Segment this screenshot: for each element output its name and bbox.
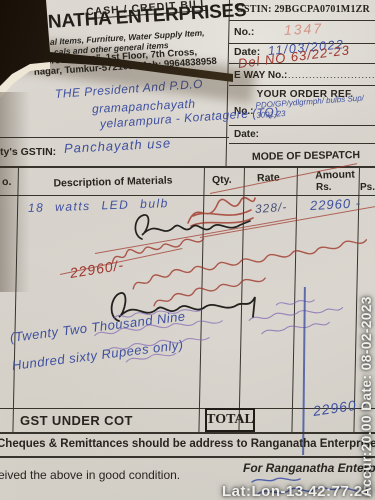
col-header-rs: Rs. <box>316 182 332 193</box>
bill-photo: GSTIN: 29BGCPA0701M1ZR No.: 1347 Date: 1… <box>0 0 375 500</box>
bill-no-value: 1347 <box>284 20 324 38</box>
seller-gstin: GSTIN: 29BGCPA0701M1ZR <box>236 4 370 15</box>
gst-under-cot-label: GST UNDER COT <box>20 413 133 428</box>
order-date-label: Date: <box>234 129 259 140</box>
total-label: TOTAL <box>206 412 254 428</box>
footer-rule <box>0 456 375 458</box>
gps-watermark-side: Accur:20.00 Date: 08-02-2023 <box>359 252 374 497</box>
cheques-note: Cheques & Remittances should be address … <box>0 438 375 450</box>
cheques-note-company: Ranganatha Enterprises <box>251 438 375 450</box>
received-note: eived the above in good condition. <box>0 468 180 482</box>
president-stamp-icon <box>242 293 349 340</box>
total-label-cell: TOTAL <box>205 408 255 432</box>
left-edge-shade <box>0 92 30 292</box>
total-row-bottom-rule <box>0 432 375 434</box>
cheques-note-text: Cheques & Remittances should be address … <box>0 438 251 450</box>
col-header-qty: Qty. <box>212 174 232 187</box>
col-header-ps: Ps. <box>360 182 375 193</box>
rule <box>229 143 375 144</box>
bill-no-label: No.: <box>234 26 254 38</box>
eway-dotted-line: ...................................... <box>288 70 374 80</box>
table-top-rule <box>0 166 375 168</box>
gps-watermark-bottom: Lat:Lon-13.42:77.25 ** <box>222 483 375 500</box>
for-company-label: For Ranganatha Enterpr <box>243 461 375 475</box>
col-header-amount: Amount <box>300 168 370 182</box>
mode-of-despatch-label: MODE OF DESPATCH <box>240 149 372 163</box>
panchayat-stamp-icon <box>84 304 242 367</box>
rule <box>229 125 375 126</box>
